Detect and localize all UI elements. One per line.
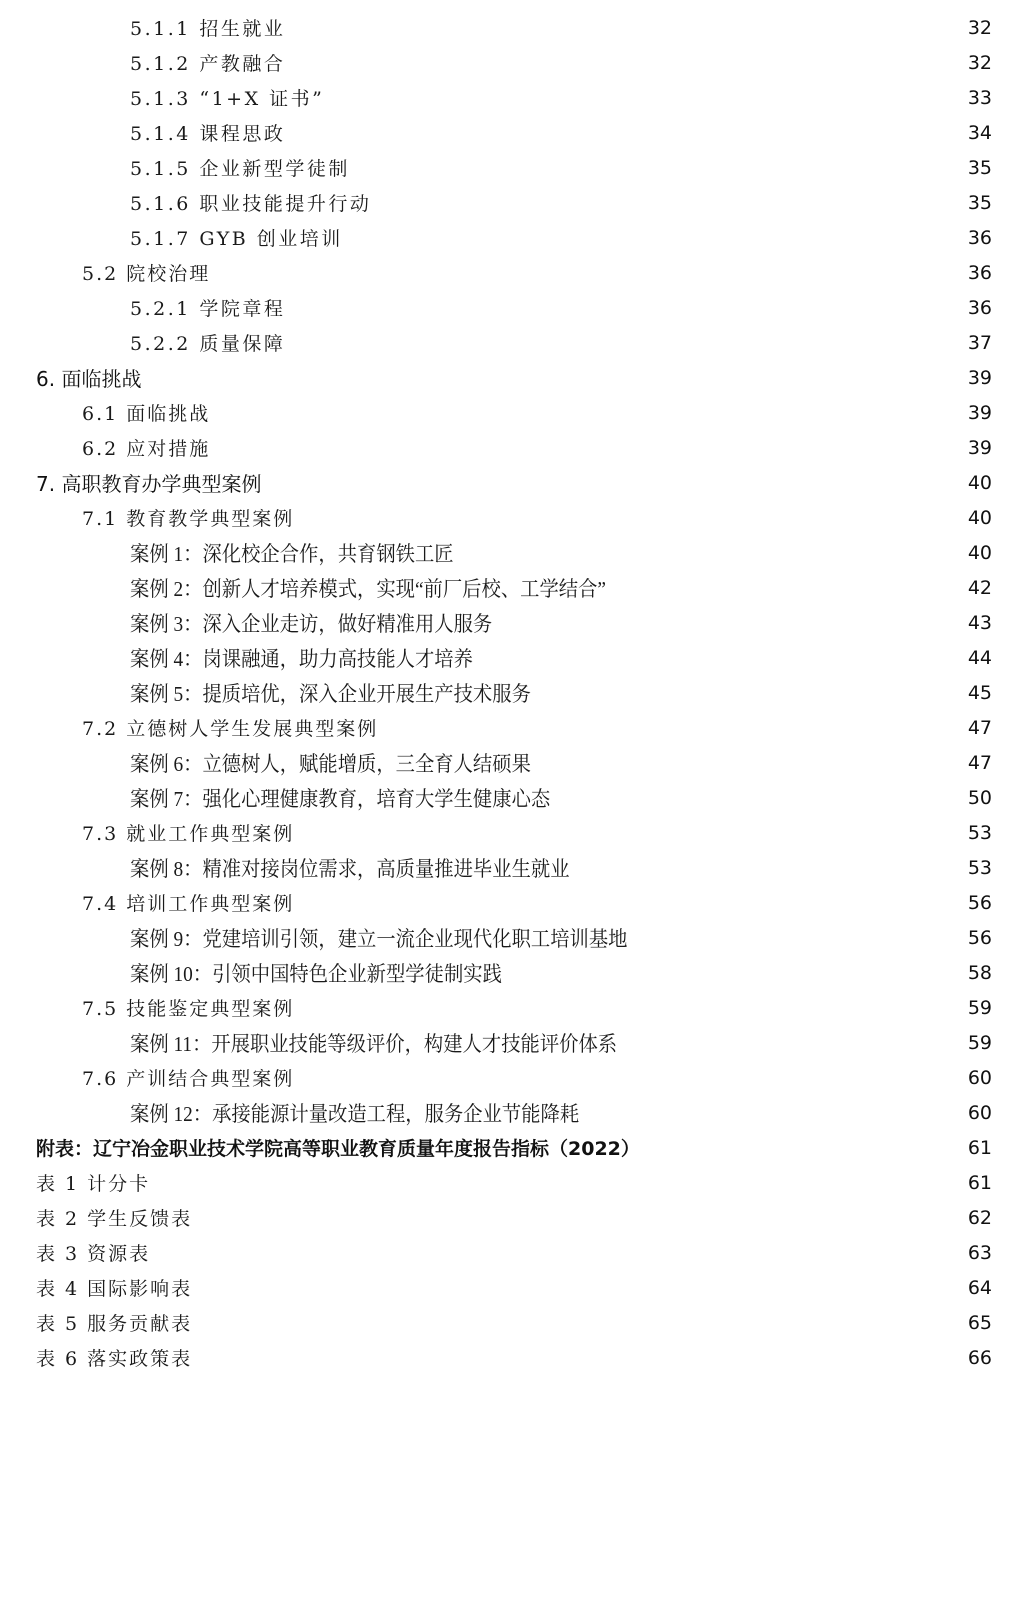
- dot-leader: [644, 1130, 966, 1165]
- toc-entry-page: 56: [968, 927, 992, 949]
- toc-entry-title: 7.5 技能鉴定典型案例: [82, 994, 296, 1021]
- toc-entry-page: 59: [968, 1032, 992, 1054]
- dot-leader: [347, 220, 966, 255]
- toc-entry[interactable]: 案例 8：精准对接岗位需求，高质量推进毕业生就业53: [0, 850, 1024, 885]
- toc-entry-title: 7.1 教育教学典型案例: [82, 504, 296, 531]
- toc-entry-page: 64: [968, 1277, 992, 1299]
- toc-entry-page: 44: [968, 647, 992, 669]
- toc-entry-title: 5.1.7 GYB 创业培训: [130, 224, 345, 251]
- dot-leader: [675, 920, 966, 955]
- toc-entry[interactable]: 7.3 就业工作典型案例53: [0, 815, 1024, 850]
- toc-entry[interactable]: 7.1 教育教学典型案例40: [0, 500, 1024, 535]
- toc-entry-title: 5.1.1 招生就业: [130, 14, 287, 41]
- toc-entry[interactable]: 案例 11：开展职业技能等级评价，构建人才技能评价体系59: [0, 1025, 1024, 1060]
- toc-entry-page: 39: [968, 402, 992, 424]
- toc-entry[interactable]: 6.2 应对措施39: [0, 430, 1024, 465]
- toc-entry-page: 40: [968, 507, 992, 529]
- toc-entry[interactable]: 案例 12：承接能源计量改造工程，服务企业节能降耗60: [0, 1095, 1024, 1130]
- toc-entry-page: 61: [968, 1137, 992, 1159]
- toc-entry-page: 58: [968, 962, 992, 984]
- toc-entry-page: 36: [968, 262, 992, 284]
- toc-entry-page: 39: [968, 367, 992, 389]
- dot-leader: [289, 45, 965, 80]
- dot-leader: [570, 745, 966, 780]
- toc-entry-title: 6. 面临挑战: [36, 363, 143, 392]
- dot-leader: [663, 1025, 965, 1060]
- toc-entry-page: 33: [968, 87, 992, 109]
- toc-entry[interactable]: 7. 高职教育办学典型案例40: [0, 465, 1024, 500]
- toc-entry[interactable]: 表 6 落实政策表66: [0, 1340, 1024, 1375]
- toc-entry[interactable]: 5.2.2 质量保障37: [0, 325, 1024, 360]
- toc-entry-page: 32: [968, 17, 992, 39]
- toc-entry-title: 表 3 资源表: [36, 1239, 152, 1266]
- toc-entry-page: 56: [968, 892, 992, 914]
- toc-entry[interactable]: 7.5 技能鉴定典型案例59: [0, 990, 1024, 1025]
- toc-entry[interactable]: 案例 10：引领中国特色企业新型学徒制实践58: [0, 955, 1024, 990]
- dot-leader: [289, 325, 965, 360]
- toc-entry-page: 43: [968, 612, 992, 634]
- toc-entry-page: 40: [968, 542, 992, 564]
- dot-leader: [507, 640, 966, 675]
- toc-entry-page: 61: [968, 1172, 992, 1194]
- dot-leader: [651, 570, 965, 605]
- dot-leader: [298, 500, 966, 535]
- toc-entry[interactable]: 5.1.6 职业技能提升行动35: [0, 185, 1024, 220]
- toc-entry-title: 案例 11：开展职业技能等级评价，构建人才技能评价体系: [130, 1028, 619, 1058]
- dot-leader: [570, 675, 966, 710]
- dot-leader: [375, 185, 965, 220]
- toc-entry[interactable]: 5.1.3 “1+X 证书”33: [0, 80, 1024, 115]
- toc-entry-title: 案例 9：党建培训引领，建立一流企业现代化职工培训基地: [130, 923, 629, 953]
- dot-leader: [214, 395, 966, 430]
- toc-entry-page: 42: [968, 577, 992, 599]
- toc-entry-page: 53: [968, 857, 992, 879]
- toc-entry-title: 7.2 立德树人学生发展典型案例: [82, 714, 380, 741]
- toc-entry[interactable]: 表 2 学生反馈表62: [0, 1200, 1024, 1235]
- dot-leader: [196, 1340, 966, 1375]
- toc-entry-title: 7.6 产训结合典型案例: [82, 1064, 296, 1091]
- toc-entry-title: 7.3 就业工作典型案例: [82, 819, 296, 846]
- toc-entry-page: 53: [968, 822, 992, 844]
- toc-entry-title: 表 2 学生反馈表: [36, 1204, 194, 1231]
- toc-entry[interactable]: 5.2 院校治理36: [0, 255, 1024, 290]
- toc-entry-title: 5.1.3 “1+X 证书”: [130, 84, 326, 111]
- toc-entry[interactable]: 案例 6：立德树人，赋能增质，三全育人结硕果47: [0, 745, 1024, 780]
- dot-leader: [145, 360, 965, 395]
- toc-entry[interactable]: 7.4 培训工作典型案例56: [0, 885, 1024, 920]
- toc-entry-page: 59: [968, 997, 992, 1019]
- dot-leader: [196, 1305, 966, 1340]
- toc-entry-page: 40: [968, 472, 992, 494]
- toc-entry-title: 5.2.2 质量保障: [130, 329, 287, 356]
- toc-entry-page: 37: [968, 332, 992, 354]
- toc-entry-page: 36: [968, 297, 992, 319]
- toc-entry-page: 35: [968, 192, 992, 214]
- toc-entry-title: 案例 5：提质培优，深入企业开展生产技术服务: [130, 678, 533, 708]
- dot-leader: [289, 290, 965, 325]
- toc-entry[interactable]: 表 4 国际影响表64: [0, 1270, 1024, 1305]
- toc-entry[interactable]: 表 3 资源表63: [0, 1235, 1024, 1270]
- toc-entry-title: 案例 6：立德树人，赋能增质，三全育人结硕果: [130, 748, 533, 778]
- toc-entry[interactable]: 案例 7：强化心理健康教育，培育大学生健康心态50: [0, 780, 1024, 815]
- dot-leader: [298, 990, 966, 1025]
- toc-entry-title: 案例 10：引领中国特色企业新型学徒制实践: [130, 958, 504, 988]
- toc-entry-title: 表 4 国际影响表: [36, 1274, 194, 1301]
- toc-entry-page: 39: [968, 437, 992, 459]
- toc-entry-title: 5.1.6 职业技能提升行动: [130, 189, 373, 216]
- toc-entry[interactable]: 案例 9：党建培训引领，建立一流企业现代化职工培训基地56: [0, 920, 1024, 955]
- dot-leader: [538, 955, 966, 990]
- toc-entry-page: 63: [968, 1242, 992, 1264]
- toc-entry[interactable]: 附表：辽宁冶金职业技术学院高等职业教育质量年度报告指标（2022）61: [0, 1130, 1024, 1165]
- toc-entry-title: 7. 高职教育办学典型案例: [36, 468, 263, 497]
- toc-entry-title: 5.1.2 产教融合: [130, 49, 287, 76]
- toc-entry[interactable]: 5.1.5 企业新型学徒制35: [0, 150, 1024, 185]
- toc-entry-title: 5.1.5 企业新型学徒制: [130, 154, 352, 181]
- dot-leader: [196, 1200, 966, 1235]
- toc-entry-title: 6.1 面临挑战: [82, 399, 212, 426]
- toc-entry[interactable]: 表 1 计分卡61: [0, 1165, 1024, 1200]
- toc-entry-title: 表 1 计分卡: [36, 1169, 152, 1196]
- toc-entry-page: 47: [968, 717, 992, 739]
- dot-leader: [298, 1060, 966, 1095]
- toc-entry[interactable]: 案例 5：提质培优，深入企业开展生产技术服务45: [0, 675, 1024, 710]
- dot-leader: [214, 430, 966, 465]
- toc-entry-page: 36: [968, 227, 992, 249]
- dot-leader: [486, 535, 966, 570]
- toc-entry-title: 案例 7：强化心理健康教育，培育大学生健康心态: [130, 783, 552, 813]
- toc-entry-page: 62: [968, 1207, 992, 1229]
- toc-entry-page: 32: [968, 52, 992, 74]
- toc-entry-page: 66: [968, 1347, 992, 1369]
- toc-entry-title: 表 5 服务贡献表: [36, 1309, 194, 1336]
- toc-entry[interactable]: 案例 2：创新人才培养模式，实现“前厂后校、工学结合”42: [0, 570, 1024, 605]
- toc-entry[interactable]: 5.1.4 课程思政34: [0, 115, 1024, 150]
- toc-entry-title: 案例 3：深入企业走访，做好精准用人服务: [130, 608, 494, 638]
- toc-entry-page: 45: [968, 682, 992, 704]
- toc-entry[interactable]: 案例 1：深化校企合作，共育钢铁工匠40: [0, 535, 1024, 570]
- toc-entry[interactable]: 5.1.1 招生就业32: [0, 10, 1024, 45]
- table-of-contents: 5.1.1 招生就业32 5.1.2 产教融合32 5.1.3 “1+X 证书”…: [0, 10, 1024, 1375]
- toc-entry-title: 表 6 落实政策表: [36, 1344, 194, 1371]
- toc-entry-page: 60: [968, 1102, 992, 1124]
- toc-entry[interactable]: 7.6 产训结合典型案例60: [0, 1060, 1024, 1095]
- toc-entry-page: 35: [968, 157, 992, 179]
- dot-leader: [289, 115, 965, 150]
- toc-entry-title: 附表：辽宁冶金职业技术学院高等职业教育质量年度报告指标（2022）: [36, 1134, 642, 1161]
- toc-entry[interactable]: 案例 4：岗课融通，助力高技能人才培养44: [0, 640, 1024, 675]
- toc-entry-page: 50: [968, 787, 992, 809]
- toc-entry[interactable]: 表 5 服务贡献表65: [0, 1305, 1024, 1340]
- toc-entry-title: 5.1.4 课程思政: [130, 119, 287, 146]
- toc-entry[interactable]: 5.2.1 学院章程36: [0, 290, 1024, 325]
- toc-entry-page: 34: [968, 122, 992, 144]
- dot-leader: [196, 1270, 966, 1305]
- toc-entry-title: 案例 2：创新人才培养模式，实现“前厂后校、工学结合”: [130, 573, 608, 603]
- dot-leader: [154, 1235, 966, 1270]
- toc-entry-title: 案例 12：承接能源计量改造工程，服务企业节能降耗: [130, 1098, 581, 1128]
- dot-leader: [154, 1165, 966, 1200]
- dot-leader: [612, 850, 966, 885]
- dot-leader: [298, 815, 966, 850]
- toc-entry-title: 案例 4：岗课融通，助力高技能人才培养: [130, 643, 475, 673]
- toc-entry-page: 60: [968, 1067, 992, 1089]
- dot-leader: [328, 80, 965, 115]
- toc-entry-title: 5.2 院校治理: [82, 259, 212, 286]
- dot-leader: [265, 465, 965, 500]
- dot-leader: [528, 605, 966, 640]
- toc-entry[interactable]: 5.1.7 GYB 创业培训36: [0, 220, 1024, 255]
- toc-entry-page: 65: [968, 1312, 992, 1334]
- toc-entry[interactable]: 6. 面临挑战39: [0, 360, 1024, 395]
- toc-entry[interactable]: 5.1.2 产教融合32: [0, 45, 1024, 80]
- toc-entry[interactable]: 案例 3：深入企业走访，做好精准用人服务43: [0, 605, 1024, 640]
- dot-leader: [354, 150, 966, 185]
- toc-entry-title: 案例 1：深化校企合作，共育钢铁工匠: [130, 538, 455, 568]
- toc-entry-title: 6.2 应对措施: [82, 434, 212, 461]
- toc-entry[interactable]: 7.2 立德树人学生发展典型案例47: [0, 710, 1024, 745]
- dot-leader: [298, 885, 966, 920]
- dot-leader: [289, 10, 965, 45]
- toc-entry[interactable]: 6.1 面临挑战39: [0, 395, 1024, 430]
- dot-leader: [591, 780, 966, 815]
- toc-entry-page: 47: [968, 752, 992, 774]
- dot-leader: [622, 1095, 966, 1130]
- toc-entry-title: 7.4 培训工作典型案例: [82, 889, 296, 916]
- dot-leader: [382, 710, 966, 745]
- toc-entry-title: 5.2.1 学院章程: [130, 294, 287, 321]
- dot-leader: [214, 255, 966, 290]
- toc-entry-title: 案例 8：精准对接岗位需求，高质量推进毕业生就业: [130, 853, 571, 883]
